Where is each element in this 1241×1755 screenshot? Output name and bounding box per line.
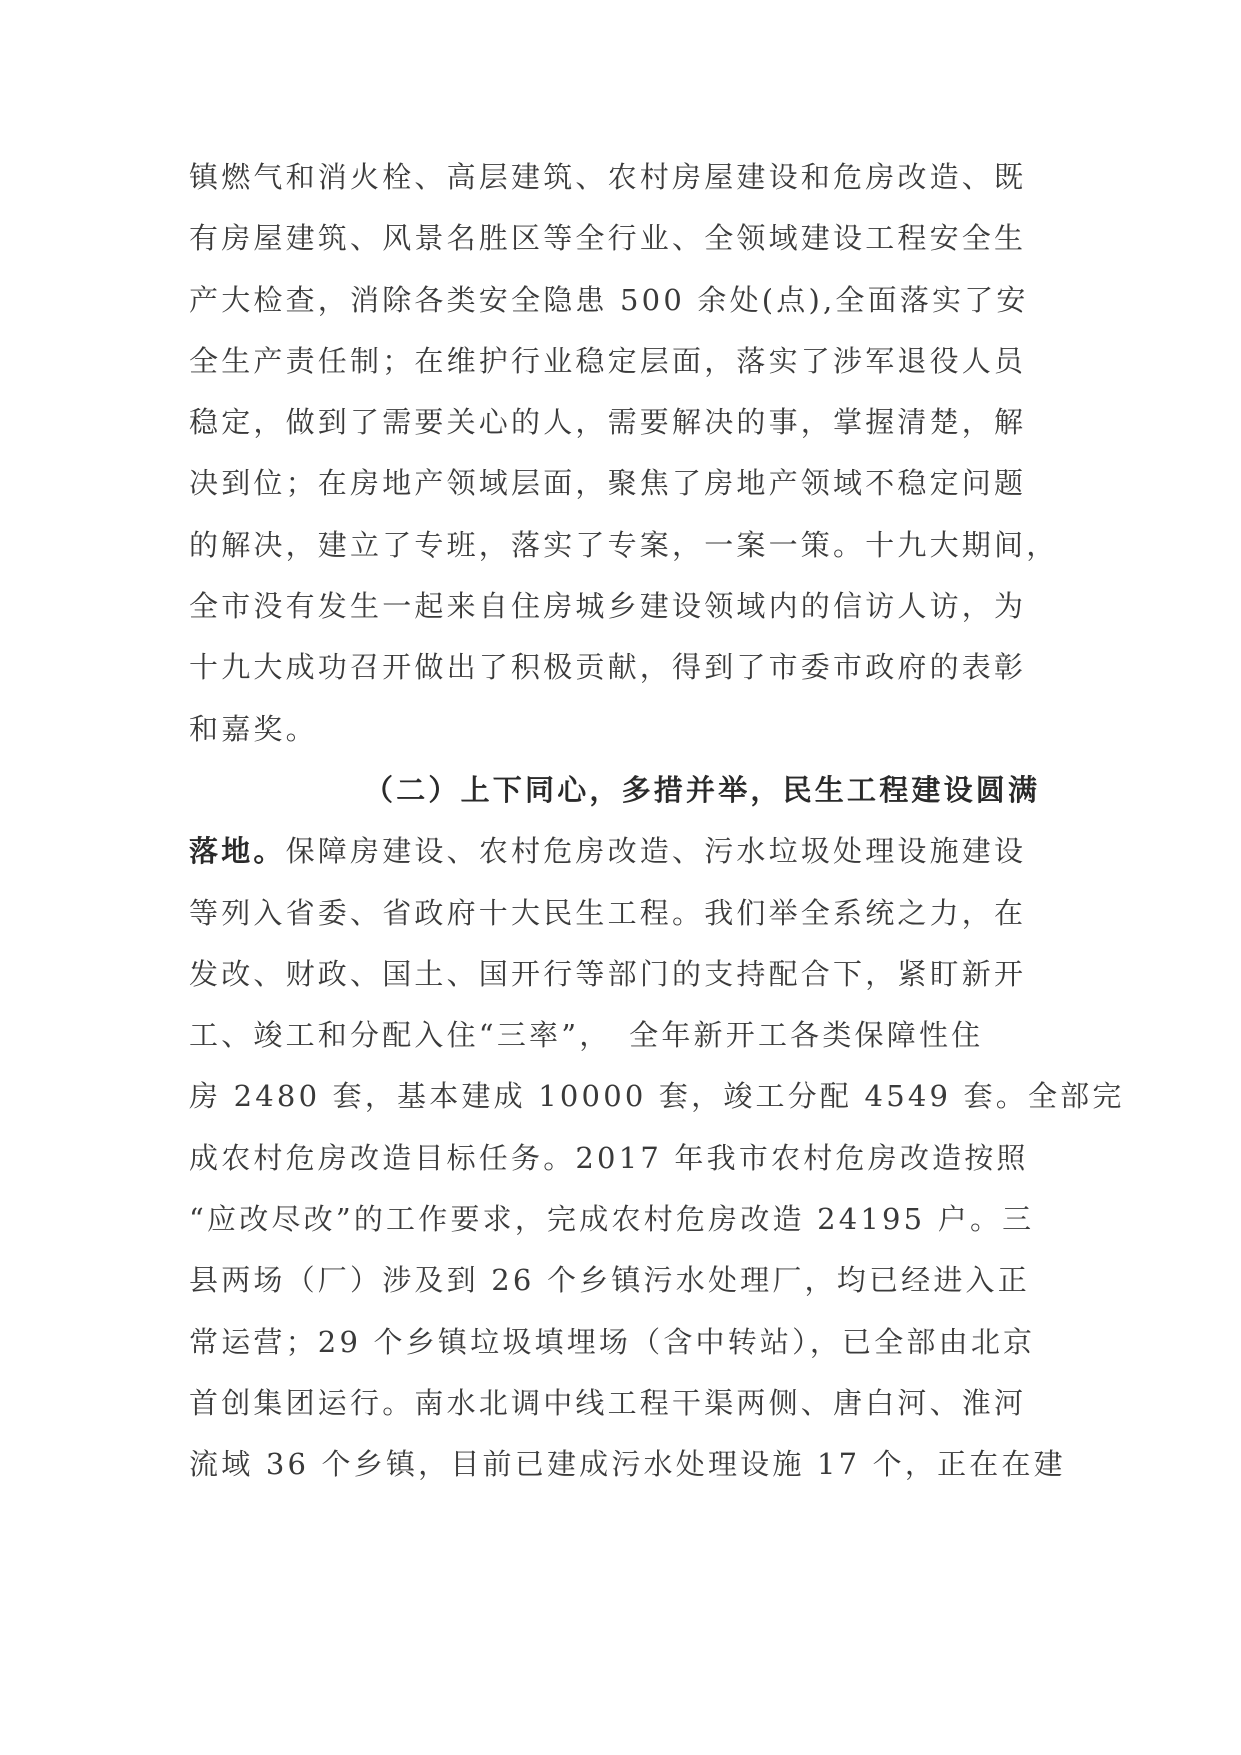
text-line: 和嘉奖。 bbox=[189, 704, 1059, 765]
text-line: 等列入省委、省政府十大民生工程。我们举全系统之力，在 bbox=[189, 888, 1059, 949]
text-line: 全市没有发生一起来自住房城乡建设领域内的信访人访，为 bbox=[189, 581, 1059, 642]
text-line: 房 2480 套，基本建成 10000 套，竣工分配 4549 套。全部完 bbox=[189, 1071, 1059, 1132]
text-line: 工、竣工和分配入住“三率”， 全年新开工各类保障性住 bbox=[189, 1010, 1059, 1071]
text-line: 十九大成功召开做出了积极贡献，得到了市委市政府的表彰 bbox=[189, 642, 1059, 703]
section-heading: （二）上下同心，多措并举，民生工程建设圆满 bbox=[189, 765, 1059, 826]
document-page: 镇燃气和消火栓、高层建筑、农村房屋建设和危房改造、既 有房屋建筑、风景名胜区等全… bbox=[0, 0, 1241, 1755]
text-line: 产大检查，消除各类安全隐患 500 余处(点),全面落实了安 bbox=[189, 275, 1059, 336]
text-line: 县两场（厂）涉及到 26 个乡镇污水处理厂，均已经进入正 bbox=[189, 1255, 1059, 1316]
text-line: 成农村危房改造目标任务。2017 年我市农村危房改造按照 bbox=[189, 1133, 1059, 1194]
section-heading-text: （二）上下同心，多措并举，民生工程建设圆满 bbox=[364, 773, 1040, 807]
text-line: 决到位；在房地产领域层面，聚焦了房地产领域不稳定问题 bbox=[189, 458, 1059, 519]
text-line: 常运营；29 个乡镇垃圾填埋场（含中转站），已全部由北京 bbox=[189, 1317, 1059, 1378]
text-line: 的解决，建立了专班，落实了专案，一案一策。十九大期间， bbox=[189, 520, 1059, 581]
text-line: 首创集团运行。南水北调中线工程干渠两侧、唐白河、淮河 bbox=[189, 1378, 1059, 1439]
text-line: 有房屋建筑、风景名胜区等全行业、全领域建设工程安全生 bbox=[189, 213, 1059, 274]
text-line: 全生产责任制；在维护行业稳定层面，落实了涉军退役人员 bbox=[189, 336, 1059, 397]
text-line: “应改尽改”的工作要求，完成农村危房改造 24195 户。三 bbox=[189, 1194, 1059, 1255]
text-line: 流域 36 个乡镇，目前已建成污水处理设施 17 个，正在在建 bbox=[189, 1439, 1059, 1500]
section-text: 保障房建设、农村危房改造、污水垃圾处理设施建设 bbox=[286, 834, 1027, 868]
body-text: 镇燃气和消火栓、高层建筑、农村房屋建设和危房改造、既 有房屋建筑、风景名胜区等全… bbox=[189, 152, 1059, 1501]
text-line: 稳定，做到了需要关心的人，需要解决的事，掌握清楚，解 bbox=[189, 397, 1059, 458]
text-line: 落地。保障房建设、农村危房改造、污水垃圾处理设施建设 bbox=[189, 826, 1059, 887]
text-line: 镇燃气和消火栓、高层建筑、农村房屋建设和危房改造、既 bbox=[189, 152, 1059, 213]
text-line: 发改、财政、国土、国开行等部门的支持配合下，紧盯新开 bbox=[189, 949, 1059, 1010]
section-heading-continuation: 落地。 bbox=[189, 834, 286, 868]
